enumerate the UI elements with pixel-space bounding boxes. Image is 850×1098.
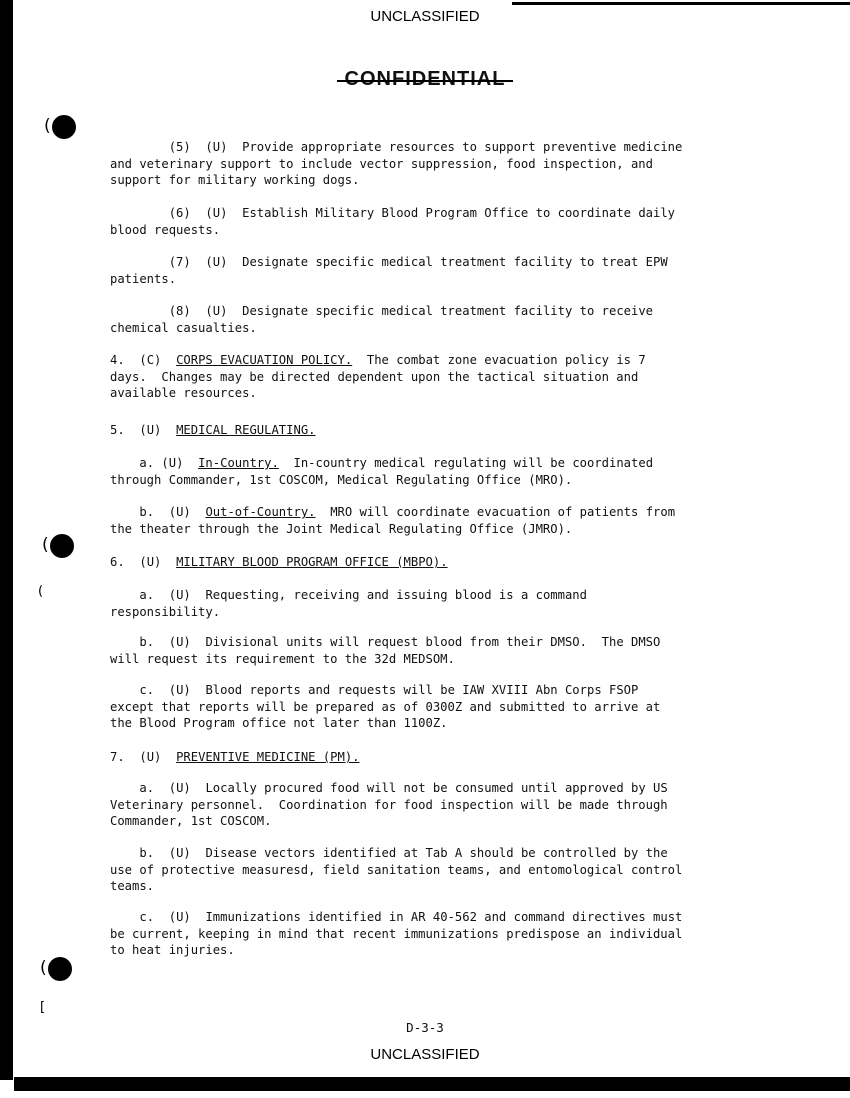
section-6-heading: 6. (U) MILITARY BLOOD PROGRAM OFFICE (MB… [110, 554, 448, 571]
scan-mark: [ [40, 1000, 45, 1015]
section-7c: c. (U) Immunizations identified in AR 40… [110, 909, 682, 959]
section-5-heading: 5. (U) MEDICAL REGULATING. [110, 422, 316, 439]
section-4-corps-evacuation-policy: 4. (C) CORPS EVACUATION POLICY. The comb… [110, 352, 646, 402]
punch-hole [50, 534, 74, 558]
section-5a-in-country: a. (U) In-Country. In-country medical re… [110, 455, 653, 488]
scan-mark: ( [40, 958, 47, 978]
section-6b: b. (U) Divisional units will request blo… [110, 634, 660, 667]
subparagraph-6: (6) (U) Establish Military Blood Program… [110, 205, 675, 238]
section-7-heading: 7. (U) PREVENTIVE MEDICINE (PM). [110, 749, 360, 766]
struck-classification: CONFIDENTIAL [0, 68, 850, 91]
section-7a: a. (U) Locally procured food will not be… [110, 780, 668, 830]
scan-left-border [0, 0, 13, 1080]
section-6a: a. (U) Requesting, receiving and issuing… [110, 587, 587, 620]
section-6c: c. (U) Blood reports and requests will b… [110, 682, 660, 732]
scan-mark: ( [38, 584, 43, 599]
scan-mark: : [10, 990, 13, 1001]
page-number: D-3-3 [0, 1020, 850, 1035]
subparagraph-5: (5) (U) Provide appropriate resources to… [110, 139, 682, 189]
scan-mark: ( [42, 535, 49, 555]
scan-mark: ( [44, 116, 51, 136]
section-7b: b. (U) Disease vectors identified at Tab… [110, 845, 682, 895]
punch-hole [52, 115, 76, 139]
subparagraph-7: (7) (U) Designate specific medical treat… [110, 254, 668, 287]
section-5b-out-of-country: b. (U) Out-of-Country. MRO will coordina… [110, 504, 675, 537]
subparagraph-8: (8) (U) Designate specific medical treat… [110, 303, 653, 336]
bottom-classification: UNCLASSIFIED [0, 1046, 850, 1063]
scan-top-rule [512, 2, 850, 5]
punch-hole [48, 957, 72, 981]
top-classification: UNCLASSIFIED [0, 8, 850, 25]
scan-bottom-border [14, 1077, 850, 1091]
